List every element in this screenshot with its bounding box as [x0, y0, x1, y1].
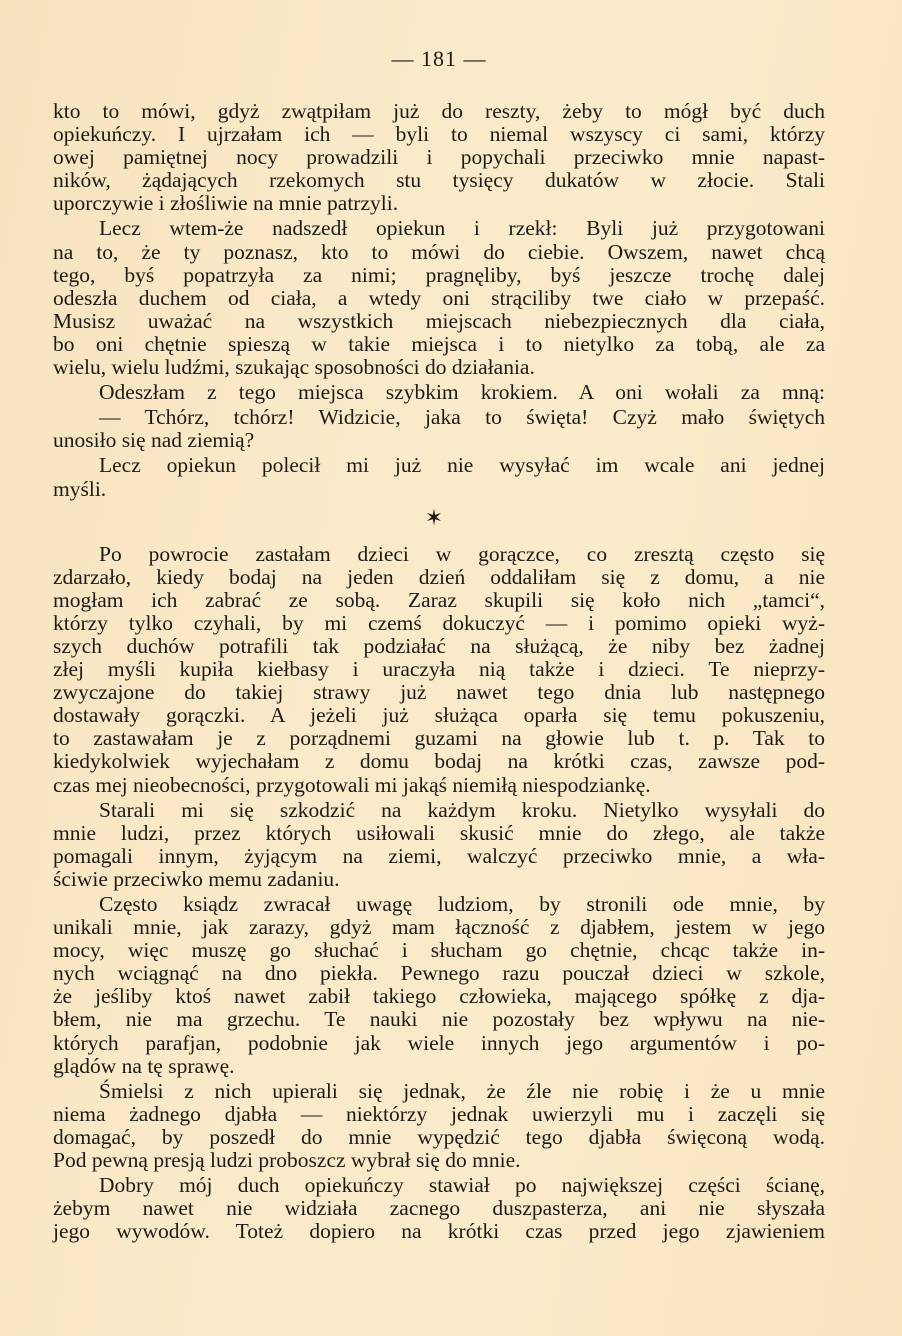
text-line: ściwie przeciwko memu zadaniu.: [53, 868, 825, 891]
text-line: Śmielsi z nich upierali się jednak, że ź…: [53, 1080, 825, 1103]
text-line: zwyczajone do takiej strawy już nawet te…: [53, 681, 825, 704]
text-line: domagać, by poszedł do mnie wypędzić teg…: [53, 1126, 825, 1149]
text-line: opiekuńczy. I ujrzałam ich — byli to nie…: [53, 123, 825, 146]
text-line: dostawały gorączki. A jeżeli już służąca…: [53, 704, 825, 727]
text-line: Odeszłam z tego miejsca szybkim krokiem.…: [53, 381, 825, 404]
text-line: nych wciągnąć na dno piekła. Pewnego raz…: [53, 962, 825, 985]
text-line: błem, nie ma grzechu. Te nauki nie pozos…: [53, 1008, 825, 1031]
text-line: Starali mi się szkodzić na każdym kroku.…: [53, 799, 825, 822]
text-line: zdarzało, kiedy bodaj na jeden dzień odd…: [53, 566, 825, 589]
asterism-icon: ✶: [425, 501, 443, 535]
paragraph: Dobry mój duch opiekuńczy stawiał po naj…: [53, 1174, 825, 1243]
page-number: — 181 —: [53, 42, 825, 76]
paragraph: Lecz opiekun polecił mi już nie wysyłać …: [53, 454, 825, 500]
text-line: mnie ludzi, przez których usiłowali skus…: [53, 822, 825, 845]
text-line: owej pamiętnej nocy prowadzili i popycha…: [53, 146, 825, 169]
paragraph: kto to mówi, gdyż zwątpiłam już do reszt…: [53, 100, 825, 215]
text-line: Lecz opiekun polecił mi już nie wysyłać …: [53, 454, 825, 477]
text-line: żebym nawet nie widziała zacnego duszpas…: [53, 1197, 825, 1220]
text-line: myśli.: [53, 478, 825, 501]
paragraph: Często ksiądz zwracał uwagę ludziom, by …: [53, 893, 825, 1078]
text-line: że jeśliby ktoś nawet zabił takiego czło…: [53, 985, 825, 1008]
text-line: Często ksiądz zwracał uwagę ludziom, by …: [53, 893, 825, 916]
section-1: kto to mówi, gdyż zwątpiłam już do reszt…: [53, 100, 825, 501]
text-line: pomagali innym, żyjącym na ziemi, walczy…: [53, 845, 825, 868]
paragraph: Starali mi się szkodzić na każdym kroku.…: [53, 799, 825, 891]
text-line: to zastawałam je z porządnemi guzami na …: [53, 727, 825, 750]
text-line: na to, że ty poznasz, kto to mówi do cie…: [53, 241, 825, 264]
text-line: unikali mnie, jak zarazy, gdyż mam łączn…: [53, 916, 825, 939]
paragraph: Po powrocie zastałam dzieci w gorączce, …: [53, 543, 825, 797]
text-line: których parafjan, podobnie jak wiele inn…: [53, 1032, 825, 1055]
text-line: Dobry mój duch opiekuńczy stawiał po naj…: [53, 1174, 825, 1197]
text-line: niema żadnego djabła — niektórzy jednak …: [53, 1103, 825, 1126]
text-line: glądów na tę sprawę.: [53, 1055, 825, 1078]
text-line: złej myśli kupiła kiełbasy i uraczyła ni…: [53, 658, 825, 681]
text-line: kiedykolwiek wyjechałam z domu bodaj na …: [53, 750, 825, 773]
text-line: jego wywodów. Toteż dopiero na krótki cz…: [53, 1220, 825, 1243]
paragraph: Odeszłam z tego miejsca szybkim krokiem.…: [53, 381, 825, 404]
text-line: unosiło się nad ziemią?: [53, 429, 825, 452]
text-line: wielu, wielu ludźmi, szukając sposobnośc…: [53, 356, 825, 379]
text-line: tego, byś popatrzyła za nimi; pragnęliby…: [53, 264, 825, 287]
text-line: którzy tylko czyhali, by mi czemś dokucz…: [53, 612, 825, 635]
text-line: Lecz wtem-że nadszedł opiekun i rzekł: B…: [53, 217, 825, 240]
text-line: bo oni chętnie spieszą w takie miejsca i…: [53, 333, 825, 356]
text-line: czas mej nieobecności, przygotowali mi j…: [53, 774, 825, 797]
paragraph: — Tchórz, tchórz! Widzicie, jaka to świę…: [53, 406, 825, 452]
section-divider: ✶: [53, 501, 825, 535]
section-2: Po powrocie zastałam dzieci w gorączce, …: [53, 543, 825, 1244]
text-line: Musisz uważać na wszystkich miejscach ni…: [53, 310, 825, 333]
text-line: Po powrocie zastałam dzieci w gorączce, …: [53, 543, 825, 566]
text-line: odeszła duchem od ciała, a wtedy oni str…: [53, 287, 825, 310]
text-line: kto to mówi, gdyż zwątpiłam już do reszt…: [53, 100, 825, 123]
text-line: Pod pewną presją ludzi proboszcz wybrał …: [53, 1149, 825, 1172]
text-line: — Tchórz, tchórz! Widzicie, jaka to świę…: [53, 406, 825, 429]
text-line: szych duchów potrafili tak podziałać na …: [53, 635, 825, 658]
text-line: mocy, więc muszę go słuchać i słucham go…: [53, 939, 825, 962]
text-line: uporczywie i złośliwie na mnie patrzyli.: [53, 192, 825, 215]
paragraph: Lecz wtem-że nadszedł opiekun i rzekł: B…: [53, 217, 825, 379]
text-line: mogłam ich zabrać ze sobą. Zaraz skupili…: [53, 589, 825, 612]
book-page: — 181 — kto to mówi, gdyż zwątpiłam już …: [53, 42, 825, 1243]
text-line: ników, żądających rzekomych stu tysięcy …: [53, 169, 825, 192]
paragraph: Śmielsi z nich upierali się jednak, że ź…: [53, 1080, 825, 1172]
